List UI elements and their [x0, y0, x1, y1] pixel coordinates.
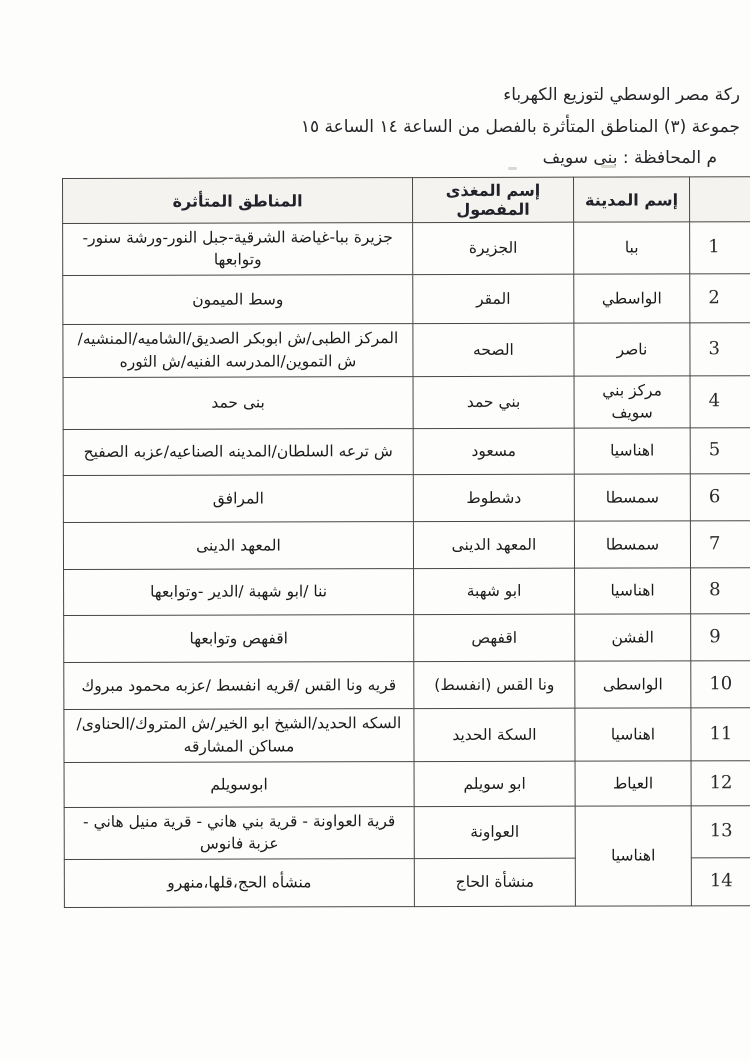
table-row: 2الواسطيالمقروسط الميمون [63, 273, 750, 324]
feeder-cell: الصحه [413, 323, 574, 376]
row-number-cell: 7 [690, 520, 750, 567]
header-row: م إسم المدينة إسم المغذى المفصول المناطق… [63, 177, 750, 224]
row-number-cell: 8 [691, 567, 750, 613]
areas-cell: المعهد الدينى [63, 521, 413, 569]
row-number-cell: 5 [690, 427, 750, 473]
areas-cell: ابوسويلم [64, 761, 414, 807]
table-body: 1بباالجزيرةجزيرة ببا-غياضة الشرقية-جبل ا… [63, 222, 750, 908]
table-row: 6سمسطادشطوطالمرافق [63, 473, 750, 522]
feeder-cell: بني حمد [413, 376, 574, 428]
feeder-cell: ابو شهبة [414, 568, 575, 614]
areas-cell: اقفهص وتوابعها [64, 614, 414, 662]
row-number-cell: 6 [690, 473, 750, 520]
areas-cell: السكه الحديد/الشيخ ابو الخير/ش المتروك/ا… [64, 708, 414, 762]
city-cell: اهناسيا [575, 806, 691, 906]
city-cell: اهناسيا [575, 708, 691, 761]
table-row: 10الواسطىونا القس (انفسط)قريه ونا القس /… [64, 660, 750, 709]
company-name-line: ركة مصر الوسطي لتوزيع الكهرباء [503, 84, 740, 106]
row-number-cell: 2 [690, 273, 750, 322]
row-number-cell: 14 [691, 857, 750, 905]
group-outage-time-line: جموعة (٣) المناطق المتأثرة بالفصل من الس… [301, 116, 740, 138]
feeder-cell: السكة الحديد [414, 708, 575, 761]
city-cell: سمسطا [574, 474, 690, 521]
areas-cell: قريه ونا القس /قريه انفسط /عزبه محمود مب… [64, 661, 414, 709]
row-number-cell: 11 [691, 707, 750, 760]
city-cell: مركز بني سويف [574, 376, 690, 428]
table-row: 7سمسطاالمعهد الدينىالمعهد الدينى [63, 520, 750, 569]
city-cell: الواسطي [574, 274, 690, 323]
row-number-cell: 13 [691, 805, 750, 857]
feeder-cell: مسعود [413, 428, 574, 474]
areas-cell: منشأه الحج،قلها،منهرو [64, 858, 414, 907]
feeder-cell: ونا القس (انفسط) [414, 661, 575, 708]
city-cell: الواسطى [575, 661, 691, 708]
row-number-cell: 12 [691, 760, 750, 805]
table-row: 8اهناسياابو شهبةننا /ابو شهبة /الدير -وت… [64, 567, 750, 615]
column-header-city: إسم المدينة [573, 177, 689, 222]
table-row: 11اهناسياالسكة الحديدالسكه الحديد/الشيخ … [64, 707, 750, 762]
column-header-number: م [689, 177, 750, 222]
row-number-cell: 9 [691, 613, 750, 660]
areas-cell: المركز الطبى/ش ابوبكر الصديق/الشاميه/الم… [63, 324, 413, 378]
row-number-cell: 4 [690, 375, 750, 427]
feeder-cell: دشطوط [413, 474, 574, 521]
areas-cell: جزيرة ببا-غياضة الشرقية-جبل النور-ورشة س… [63, 223, 413, 276]
feeder-cell: المقر [413, 274, 574, 323]
city-cell: اهناسيا [574, 428, 690, 474]
scan-artifact [508, 167, 517, 170]
table-row: 4مركز بني سويفبني حمدبنى حمد [63, 375, 750, 429]
row-number-cell: 1 [690, 222, 750, 274]
areas-cell: بنى حمد [63, 377, 413, 430]
areas-cell: المرافق [63, 474, 413, 522]
city-cell: اهناسيا [575, 568, 691, 614]
city-cell: ناصر [574, 323, 690, 376]
governorate-line: م المحافظة : بنى سويف [543, 147, 717, 169]
feeder-cell: المعهد الدينى [413, 521, 574, 568]
table-row: 12العياطابو سويلمابوسويلم [64, 760, 750, 807]
scan-artifact [601, 165, 616, 168]
city-cell: الفشن [575, 614, 691, 661]
feeder-cell: منشأة الحاج [414, 858, 575, 906]
table-row: 3ناصرالصحهالمركز الطبى/ش ابوبكر الصديق/ا… [63, 322, 750, 377]
areas-cell: ننا /ابو شهبة /الدير -وتوابعها [64, 568, 414, 615]
scanned-document-page: ركة مصر الوسطي لتوزيع الكهرباء جموعة (٣)… [0, 0, 750, 1060]
city-cell: ببا [574, 222, 690, 274]
city-cell: العياط [575, 761, 691, 806]
table-row: 13اهناسياالعواونةقرية العواونة - قرية بن… [64, 805, 750, 859]
feeder-cell: الجزيرة [413, 222, 574, 274]
city-cell: سمسطا [574, 521, 690, 568]
outage-schedule-table: م إسم المدينة إسم المغذى المفصول المناطق… [62, 176, 750, 908]
feeder-cell: ابو سويلم [414, 761, 575, 806]
row-number-cell: 10 [691, 660, 750, 707]
feeder-cell: العواونة [414, 806, 575, 858]
areas-cell: قرية العواونة - قرية بني هاني - قرية مني… [64, 806, 414, 859]
table-header: م إسم المدينة إسم المغذى المفصول المناطق… [63, 177, 750, 224]
areas-cell: وسط الميمون [63, 275, 413, 325]
areas-cell: ش ترعه السلطان/المدينه الصناعيه/عزبه الص… [63, 428, 413, 475]
feeder-cell: اقفهص [414, 614, 575, 661]
table-row: 1بباالجزيرةجزيرة ببا-غياضة الشرقية-جبل ا… [63, 222, 750, 276]
table-row: 9الفشناقفهصاقفهص وتوابعها [64, 613, 750, 662]
row-number-cell: 3 [690, 322, 750, 375]
table-row: 5اهناسيامسعودش ترعه السلطان/المدينه الصن… [63, 427, 750, 475]
column-header-feeder: إسم المغذى المفصول [413, 177, 574, 222]
column-header-affected-areas: المناطق المتأثرة [63, 178, 413, 224]
